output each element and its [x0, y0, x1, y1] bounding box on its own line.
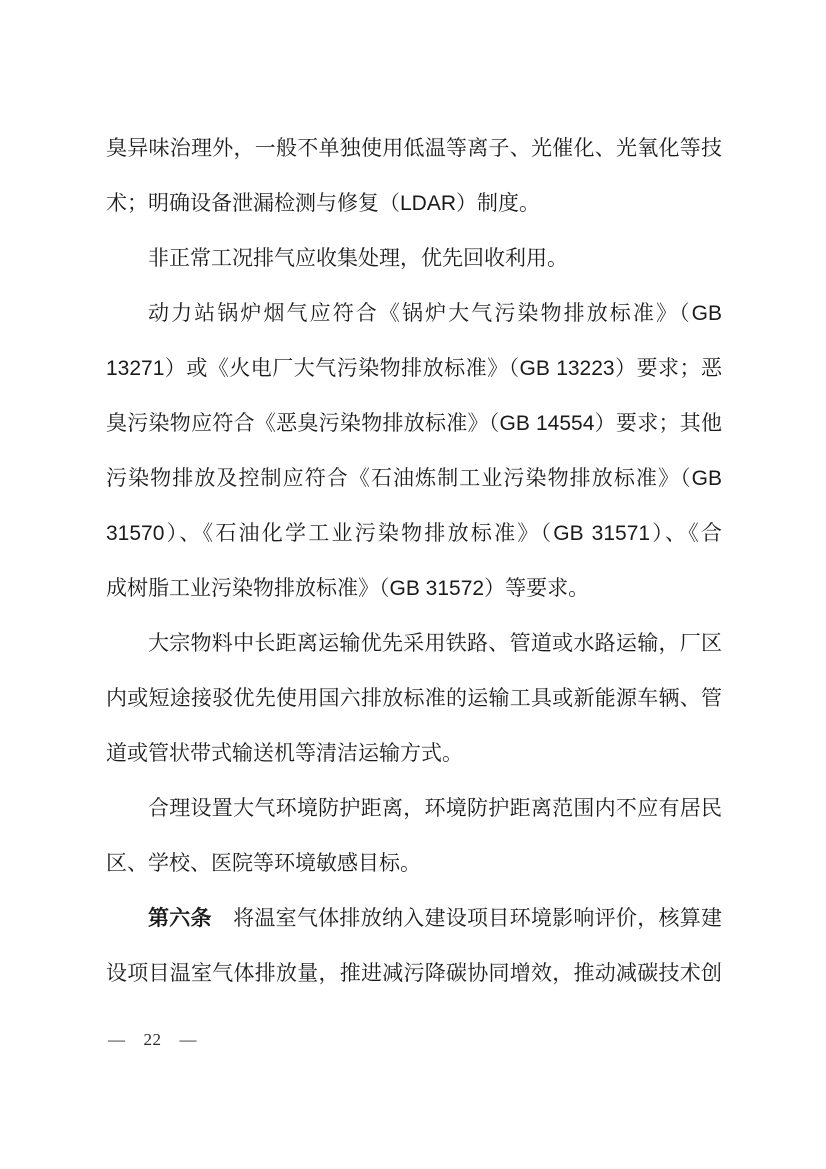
text-line: 设项目温室气体排放量，推进减污降碳协同增效，推动减碳技术创	[106, 946, 722, 1001]
text-line: 内或短途接驳优先使用国六排放标准的运输工具或新能源车辆、管	[106, 671, 722, 726]
text-line: 臭污染物应符合《恶臭污染物排放标准》（GB 14554）要求；其他	[106, 396, 722, 451]
text-line: 道或管状带式输送机等清洁运输方式。	[106, 726, 722, 781]
document-page: 臭异味治理外，一般不单独使用低温等离子、光催化、光氧化等技术；明确设备泄漏检测与…	[0, 0, 826, 1169]
text-line: 污染物排放及控制应符合《石油炼制工业污染物排放标准》（GB	[106, 451, 722, 506]
text-line: 成树脂工业污染物排放标准》（GB 31572）等要求。	[106, 561, 722, 616]
text-line: 动力站锅炉烟气应符合《锅炉大气污染物排放标准》（GB	[106, 286, 722, 341]
page-footer: — 22 —	[106, 1027, 199, 1053]
text-line: 31570）、《石油化学工业污染物排放标准》（GB 31571）、《合	[106, 506, 722, 561]
document-text: 臭异味治理外，一般不单独使用低温等离子、光催化、光氧化等技术；明确设备泄漏检测与…	[106, 121, 722, 1001]
footer-right-dash: —	[178, 1030, 200, 1050]
text-line: 第六条 将温室气体排放纳入建设项目环境影响评价，核算建	[106, 891, 722, 946]
text-line: 大宗物料中长距离运输优先采用铁路、管道或水路运输，厂区	[106, 616, 722, 671]
text-line: 术；明确设备泄漏检测与修复（LDAR）制度。	[106, 176, 722, 231]
footer-left-dash: —	[106, 1030, 128, 1050]
text-line: 区、学校、医院等环境敏感目标。	[106, 836, 722, 891]
text-line: 臭异味治理外，一般不单独使用低温等离子、光催化、光氧化等技	[106, 121, 722, 176]
page-number: 22	[128, 1030, 178, 1050]
article-number: 第六条	[148, 907, 212, 930]
text-segment: 将温室气体排放纳入建设项目环境影响评价，核算建	[212, 907, 722, 930]
text-line: 合理设置大气环境防护距离，环境防护距离范围内不应有居民	[106, 781, 722, 836]
text-line: 非正常工况排气应收集处理，优先回收利用。	[106, 231, 722, 286]
text-line: 13271）或《火电厂大气污染物排放标准》（GB 13223）要求；恶	[106, 341, 722, 396]
